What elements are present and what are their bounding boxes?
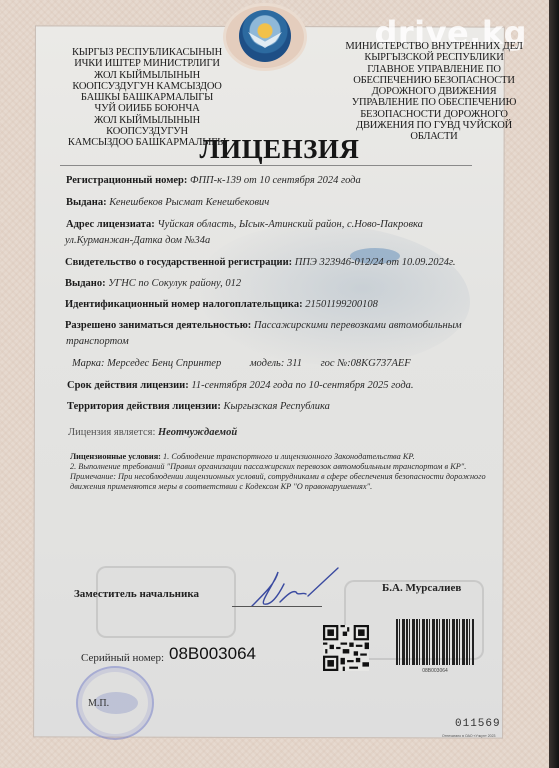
header-line: ЖОЛ КЫЙМЫЛЫНЫН [52, 70, 242, 81]
printer-imprint: Отпечатано в ОАО «Учкун» 2023 [442, 734, 496, 738]
model-label: модель: [250, 358, 285, 369]
issuer-header-russian: МИНИСТЕРСТВО ВНУТРЕННИХ ДЕЛ КЫРГЫЗСКОЙ Р… [336, 41, 532, 143]
field-tax-id: Идентификационный номер налогоплательщик… [65, 299, 378, 310]
condition-item: 1. Соблюдение транспортного и лицензионн… [163, 452, 415, 461]
field-value: Чуйская область, Ысык-Атинский район, с.… [157, 219, 423, 230]
field-label: Идентификационный номер налогоплательщик… [65, 299, 303, 310]
field-label: Выдана: [66, 197, 107, 208]
field-issued-to: Выдана: Кенешбеков Рысмат Кенешбекович [66, 197, 269, 208]
title-divider [60, 165, 472, 166]
field-label: Срок действия лицензии: [67, 380, 189, 391]
field-activity-line2: транспортом [66, 336, 129, 347]
field-value: ул.Курманжан-Датка дом №34а [65, 235, 210, 246]
stamp-label: М.П. [88, 698, 109, 709]
field-activity: Разрешено заниматься деятельностью: Пасс… [65, 320, 462, 331]
brand-label: Марка: [72, 358, 105, 369]
photo-edge-shadow [549, 0, 559, 768]
field-territory: Территория действия лицензии: Кыргызская… [67, 401, 330, 412]
header-line: МИНИСТЕРСТВО ВНУТРЕННИХ ДЕЛ [336, 41, 532, 52]
qr-code-icon [323, 625, 369, 671]
header-line: КЫРГЫЗСКОЙ РЕСПУБЛИКИ [336, 52, 532, 63]
condition-item: 2. Выполнение требований "Правил организ… [70, 462, 510, 472]
field-label: Свидетельство о государственной регистра… [65, 257, 292, 268]
signatory-role: Заместитель начальника [74, 588, 199, 600]
field-alienability: Лицензия является: Неотчуждаемой [68, 427, 237, 438]
brand-value: Мерседес Бенц Спринтер [107, 358, 221, 369]
header-line: ИЧКИ ИШТЕР МИНИСТРЛИГИ [52, 58, 242, 69]
field-label: Территория действия лицензии: [67, 401, 221, 412]
field-value: Пассажирскими перевозками автомобильным [254, 320, 462, 331]
license-conditions: Лицензионные условия: 1. Соблюдение тран… [70, 452, 510, 492]
field-reg-number: Регистрационный номер: ФПП-к-139 от 10 с… [66, 175, 361, 186]
barcode-text: 08B003064 [396, 668, 474, 674]
plate-value: 08KG737AEF [351, 358, 411, 369]
field-value: ФПП-к-139 от 10 сентября 2024 года [190, 175, 361, 186]
header-line: ЧУЙ ОИИББ БОЮНЧА [52, 103, 242, 114]
header-line: ДОРОЖНОГО ДВИЖЕНИЯ [336, 86, 532, 97]
field-value: 11-сентября 2024 года по 10-сентября 202… [191, 380, 413, 391]
field-value: ППЭ 323946-012/24 от 10.09.2024г. [295, 257, 456, 268]
document-number: 011569 [455, 718, 501, 730]
field-label: Регистрационный номер: [66, 175, 187, 186]
field-label: Лицензия является: [68, 427, 155, 438]
field-value: Неотчуждаемой [158, 427, 237, 438]
model-value: 311 [287, 358, 302, 369]
header-line: ГЛАВНОЕ УПРАВЛЕНИЕ ПО [336, 64, 532, 75]
conditions-label: Лицензионные условия: [70, 452, 161, 461]
field-label: Выдано: [65, 278, 106, 289]
field-label: Разрешено заниматься деятельностью: [65, 320, 251, 331]
state-emblem-icon [239, 10, 291, 62]
serial-number-value: 08B003064 [169, 644, 256, 664]
header-line: УПРАВЛЕНИЕ ПО ОБЕСПЕЧЕНИЮ [336, 97, 532, 108]
field-state-registration: Свидетельство о государственной регистра… [65, 257, 456, 268]
header-line: БЕЗОПАСНОСТИ ДОРОЖНОГО [336, 109, 532, 120]
field-value: Кыргызская Республика [223, 401, 329, 412]
field-validity: Срок действия лицензии: 11-сентября 2024… [67, 380, 414, 391]
field-value: УГНС по Сокулук району, 012 [108, 278, 241, 289]
field-address-line2: ул.Курманжан-Датка дом №34а [65, 235, 210, 246]
signature-icon [246, 562, 342, 612]
barcode-icon [396, 619, 474, 665]
header-line: БАШКЫ БАШКАРМАЛЫГЫ [52, 92, 242, 103]
field-value: 21501199200108 [305, 299, 378, 310]
header-line: ОБЕСПЕЧЕНИЮ БЕЗОПАСНОСТИ [336, 75, 532, 86]
conditions-note: Примечание: При несоблюдении лицензионны… [70, 472, 510, 492]
serial-number-label: Серийный номер: [81, 652, 164, 664]
header-line: КЫРГЫЗ РЕСПУБЛИКАСЫНЫН [52, 47, 242, 58]
field-vehicle: Марка: Мерседес Бенц Спринтер модель: 31… [72, 358, 411, 369]
field-label: Адрес лицензиата: [66, 219, 155, 230]
signature-line [232, 606, 322, 607]
bus-illustration-left [96, 566, 236, 638]
field-value: Кенешбеков Рысмат Кенешбекович [109, 197, 269, 208]
field-value: транспортом [66, 336, 129, 347]
document-title: ЛИЦЕНЗИЯ [0, 134, 559, 165]
header-line: КООПСУЗДУГУН КАМСЫЗДОО [52, 81, 242, 92]
plate-label: гос №: [321, 358, 351, 369]
field-address: Адрес лицензиата: Чуйская область, Ысык-… [66, 219, 423, 230]
field-issued-by: Выдано: УГНС по Сокулук району, 012 [65, 278, 241, 289]
signatory-name: Б.А. Мурсалиев [382, 582, 461, 594]
